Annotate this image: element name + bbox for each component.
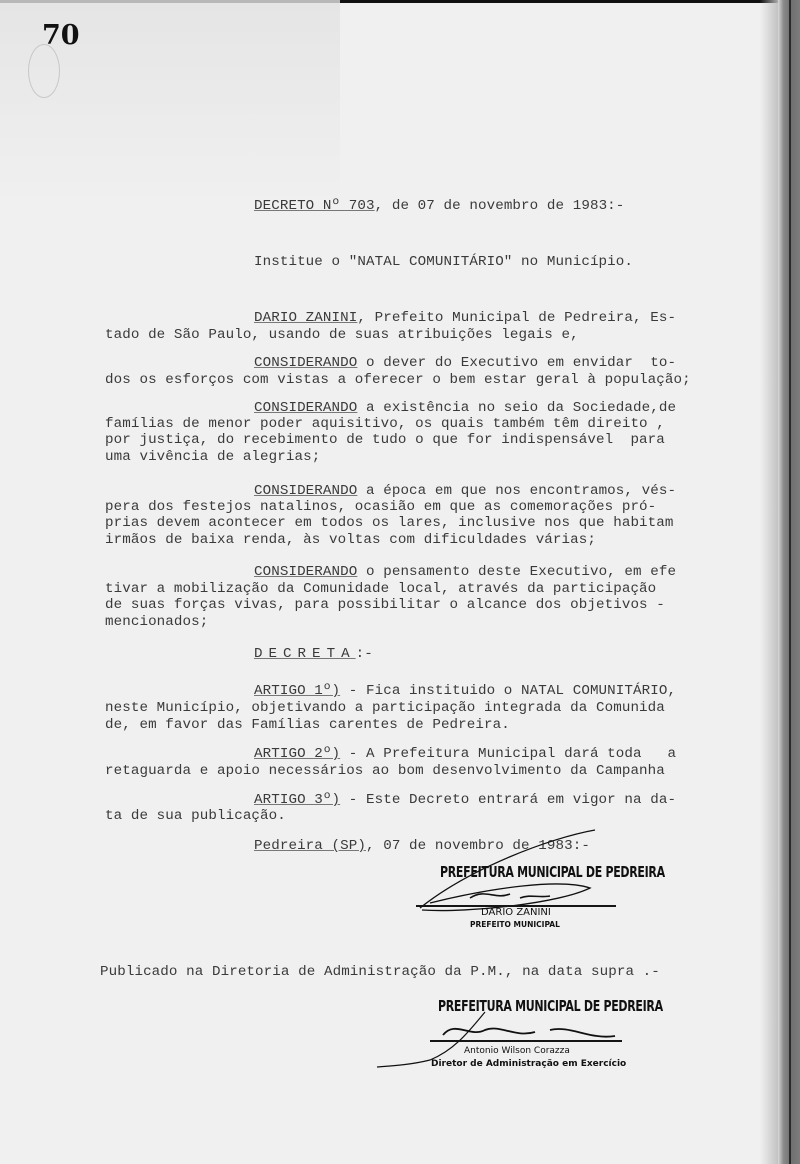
binding-shadow (760, 0, 778, 1164)
mayor-name-stamp: DARIO ZANINI (481, 907, 551, 918)
considerando-3: CONSIDERANDO a época em que nos encontra… (254, 483, 676, 499)
mayor-title-stamp: PREFEITO MUNICIPAL (470, 920, 560, 929)
article-3: ARTIGO 3º) - Este Decreto entrará em vig… (254, 792, 676, 808)
preamble-line-1: DARIO ZANINI, Prefeito Municipal de Pedr… (254, 310, 676, 326)
binding-line (789, 0, 791, 1164)
decree-heading: DECRETO Nº 703, de 07 de novembro de 198… (254, 198, 624, 214)
publication-note: Publicado na Diretoria de Administração … (100, 964, 660, 980)
article-2: ARTIGO 2º) - A Prefeitura Municipal dará… (254, 746, 676, 762)
considerando-4: CONSIDERANDO o pensamento deste Executiv… (254, 564, 676, 580)
considerando-2: CONSIDERANDO a existência no seio da Soc… (254, 400, 676, 416)
article-1: ARTIGO 1º) - Fica instituido o NATAL COM… (254, 683, 676, 699)
decree-label: DECRETO Nº 703 (254, 198, 375, 214)
director-signature-line (430, 1040, 622, 1042)
director-title-stamp: Diretor de Administração em Exercício (431, 1059, 626, 1069)
preamble-line-2: tado de São Paulo, usando de suas atribu… (105, 327, 579, 343)
mayor-name: DARIO ZANINI (254, 310, 357, 326)
decree-subject: Institue o "NATAL COMUNITÁRIO" no Municí… (254, 254, 633, 270)
pencil-mark (28, 44, 60, 98)
decree-date: , de 07 de novembro de 1983:- (375, 198, 625, 214)
director-name-stamp: Antonio Wilson Corazza (464, 1046, 570, 1056)
considerando-1: CONSIDERANDO o dever do Executivo em env… (254, 355, 676, 371)
decreta-heading: DECRETA:- (254, 646, 373, 662)
